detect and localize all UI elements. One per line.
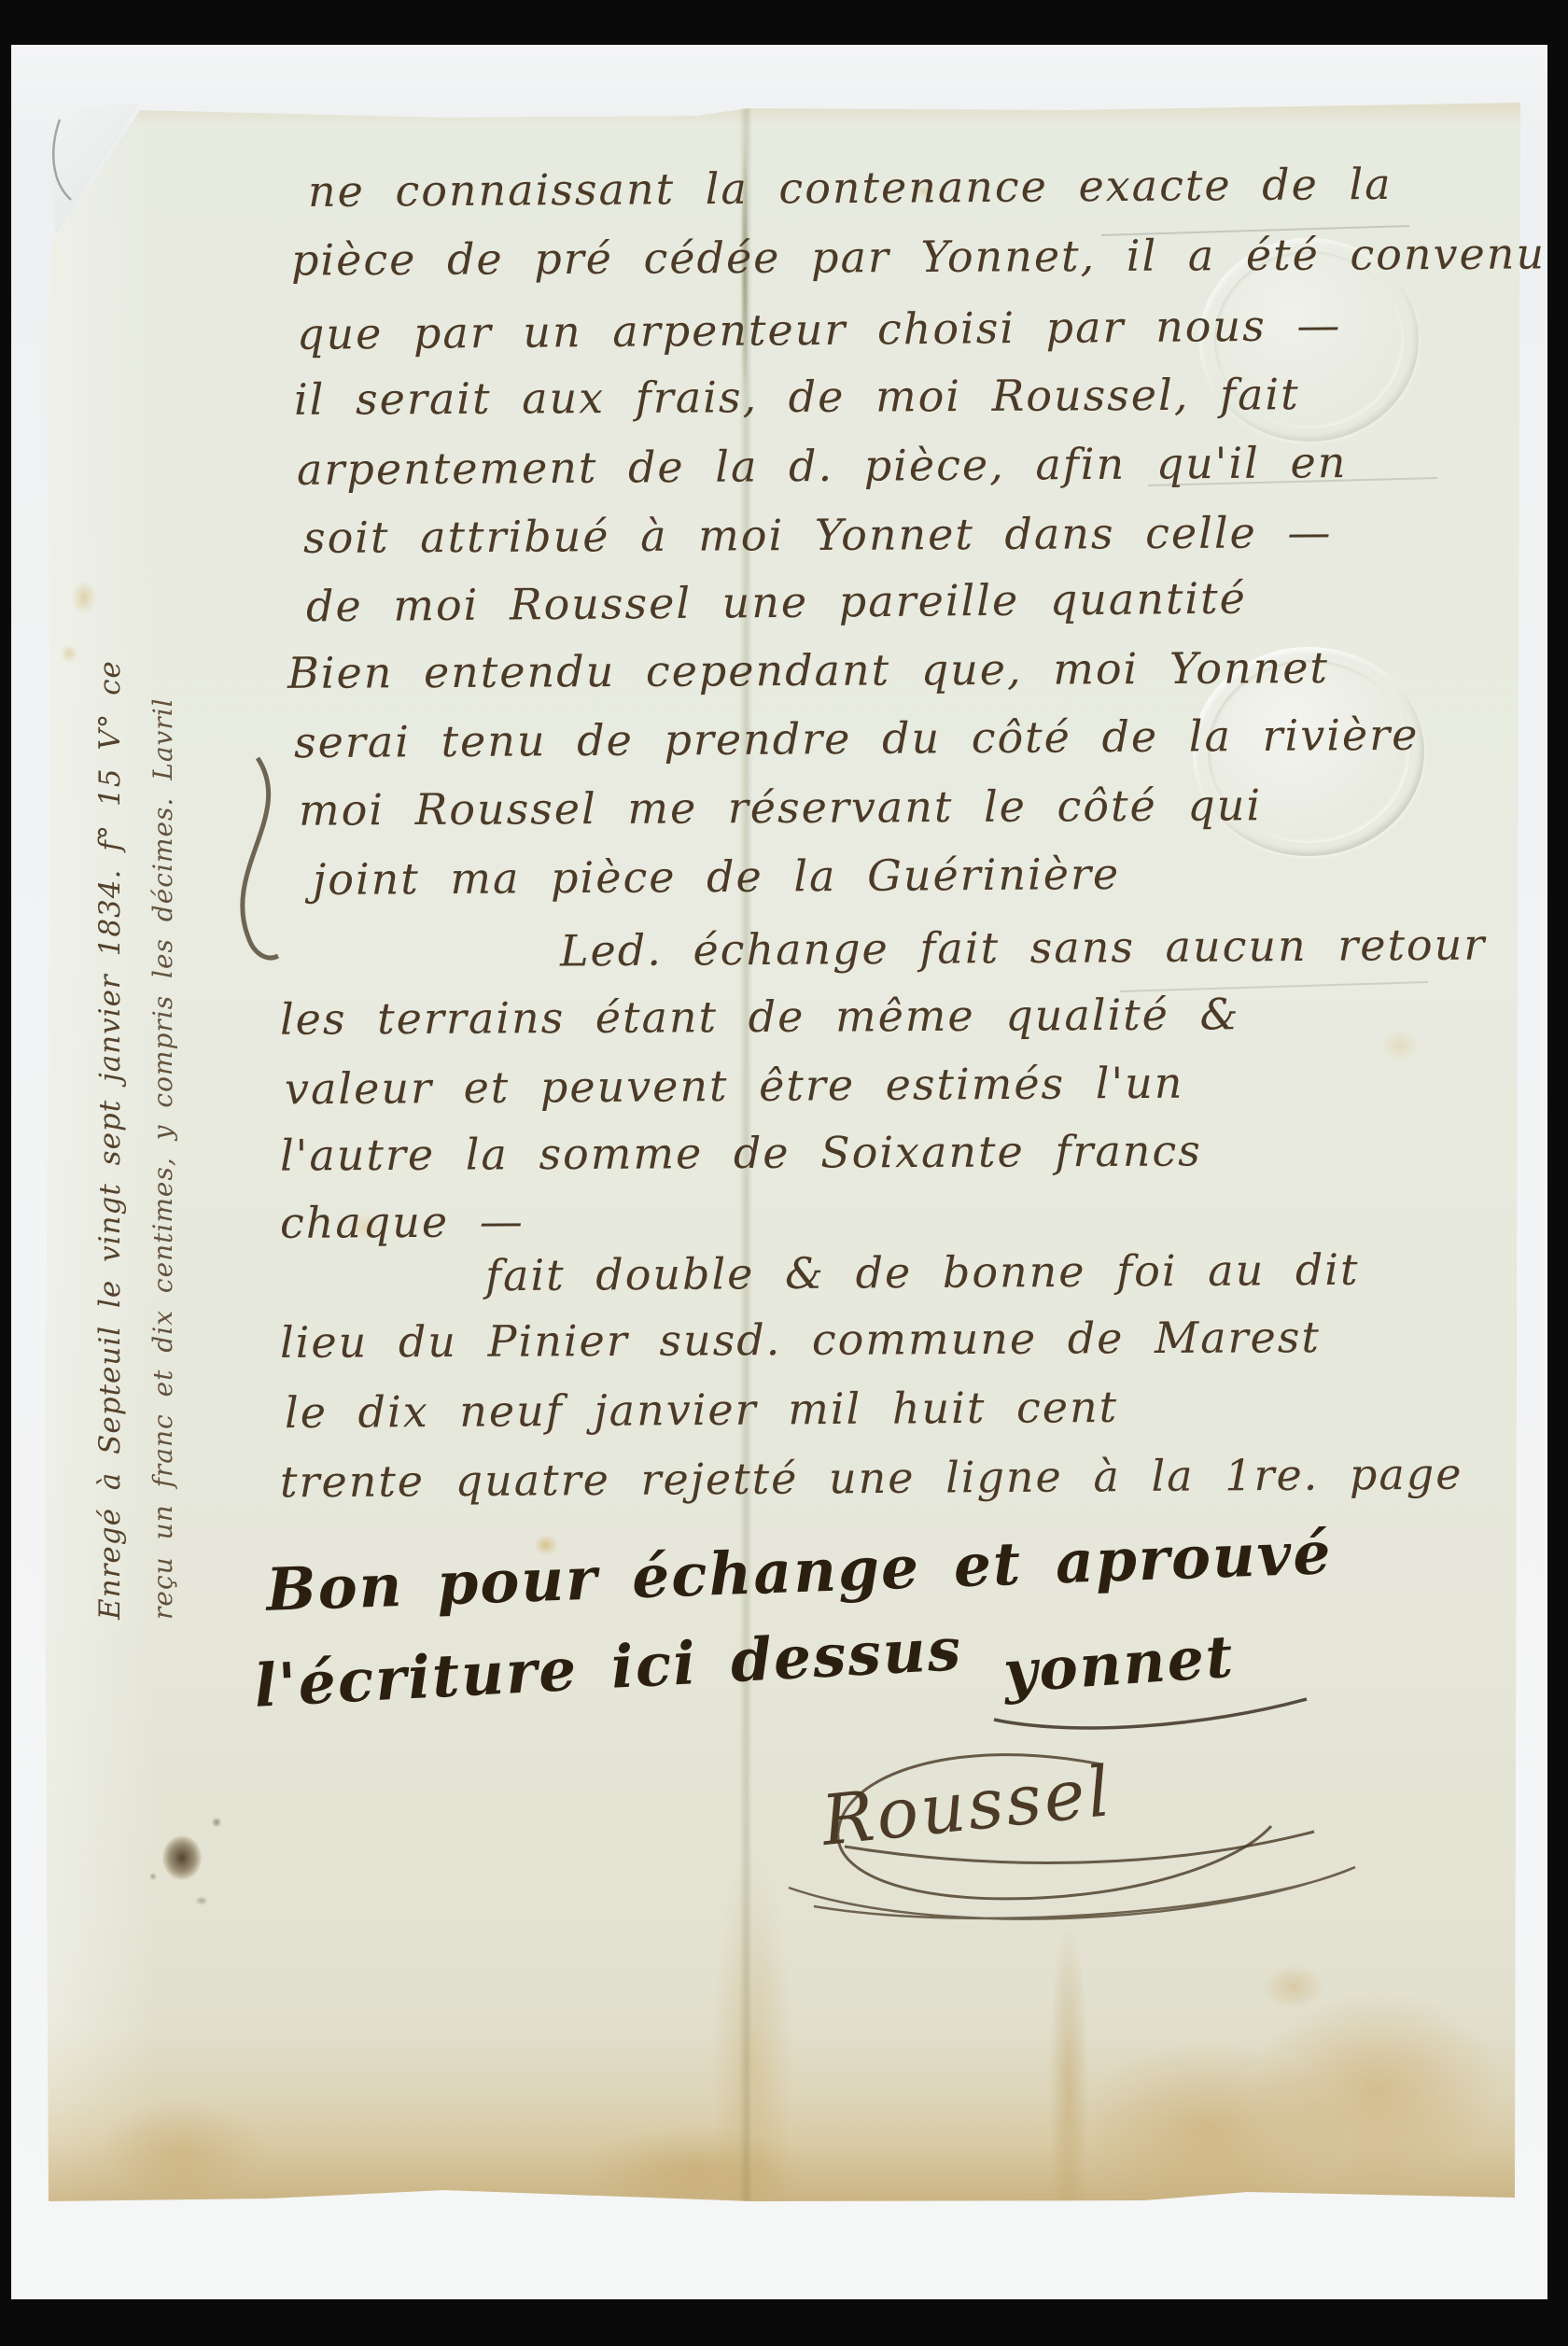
yonnet-underline-flourish bbox=[994, 1699, 1307, 1728]
roussel-paraph-loop bbox=[838, 1755, 1271, 1899]
pencil-guide-line bbox=[1101, 226, 1409, 235]
pencil-mark bbox=[53, 119, 71, 200]
pencil-guide-line bbox=[1148, 478, 1437, 485]
photographed-document: ne connaissant la contenance exacte de l… bbox=[0, 0, 1568, 2346]
flourish-overlay bbox=[0, 0, 1568, 2346]
pencil-guide-line bbox=[1120, 982, 1428, 991]
brace-flourish bbox=[243, 758, 278, 958]
roussel-paraph-cross bbox=[845, 1832, 1314, 1862]
roussel-paraph-underline bbox=[789, 1867, 1355, 1919]
